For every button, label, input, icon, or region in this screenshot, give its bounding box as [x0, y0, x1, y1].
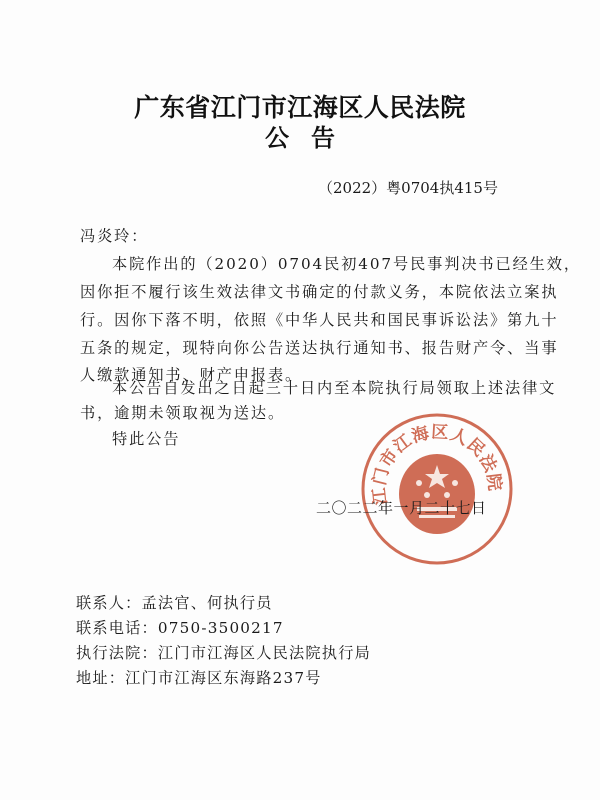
contact-phone: 联系电话：0750-3500217 — [76, 617, 284, 638]
notice-line-6: 本公告自发出之日起三十日内至本院执行局领取上述法律文 — [112, 377, 556, 398]
addressee: 冯炎玲： — [80, 225, 148, 246]
notice-line-4: 五条的规定，现特向你公告送达执行通知书、报告财产令、当事 — [80, 337, 558, 358]
court-seal-icon: 江门市江海区人民法院 — [357, 409, 517, 569]
notice-date: 二〇二二年一月二十七日 — [316, 497, 487, 518]
case-number: （2022）粤0704执415号 — [318, 177, 498, 198]
notice-line-2: 因你拒不履行该生效法律文书确定的付款义务，本院依法立案执 — [80, 281, 558, 302]
court-address: 地址：江门市江海区东海路237号 — [76, 667, 322, 688]
contact-person: 联系人：孟法官、何执行员 — [76, 592, 273, 613]
notice-line-3: 行。因你下落不明，依照《中华人民共和国民事诉讼法》第九十 — [80, 309, 558, 330]
notice-line-7: 书，逾期未领取视为送达。 — [80, 402, 285, 423]
notice-line-1: 本院作出的（2020）0704民初407号民事判决书已经生效， — [112, 253, 581, 274]
closing-phrase: 特此公告 — [112, 428, 180, 449]
enforcing-court: 执行法院：江门市江海区人民法院执行局 — [76, 642, 371, 663]
document-type-heading: 公告 — [0, 118, 600, 153]
